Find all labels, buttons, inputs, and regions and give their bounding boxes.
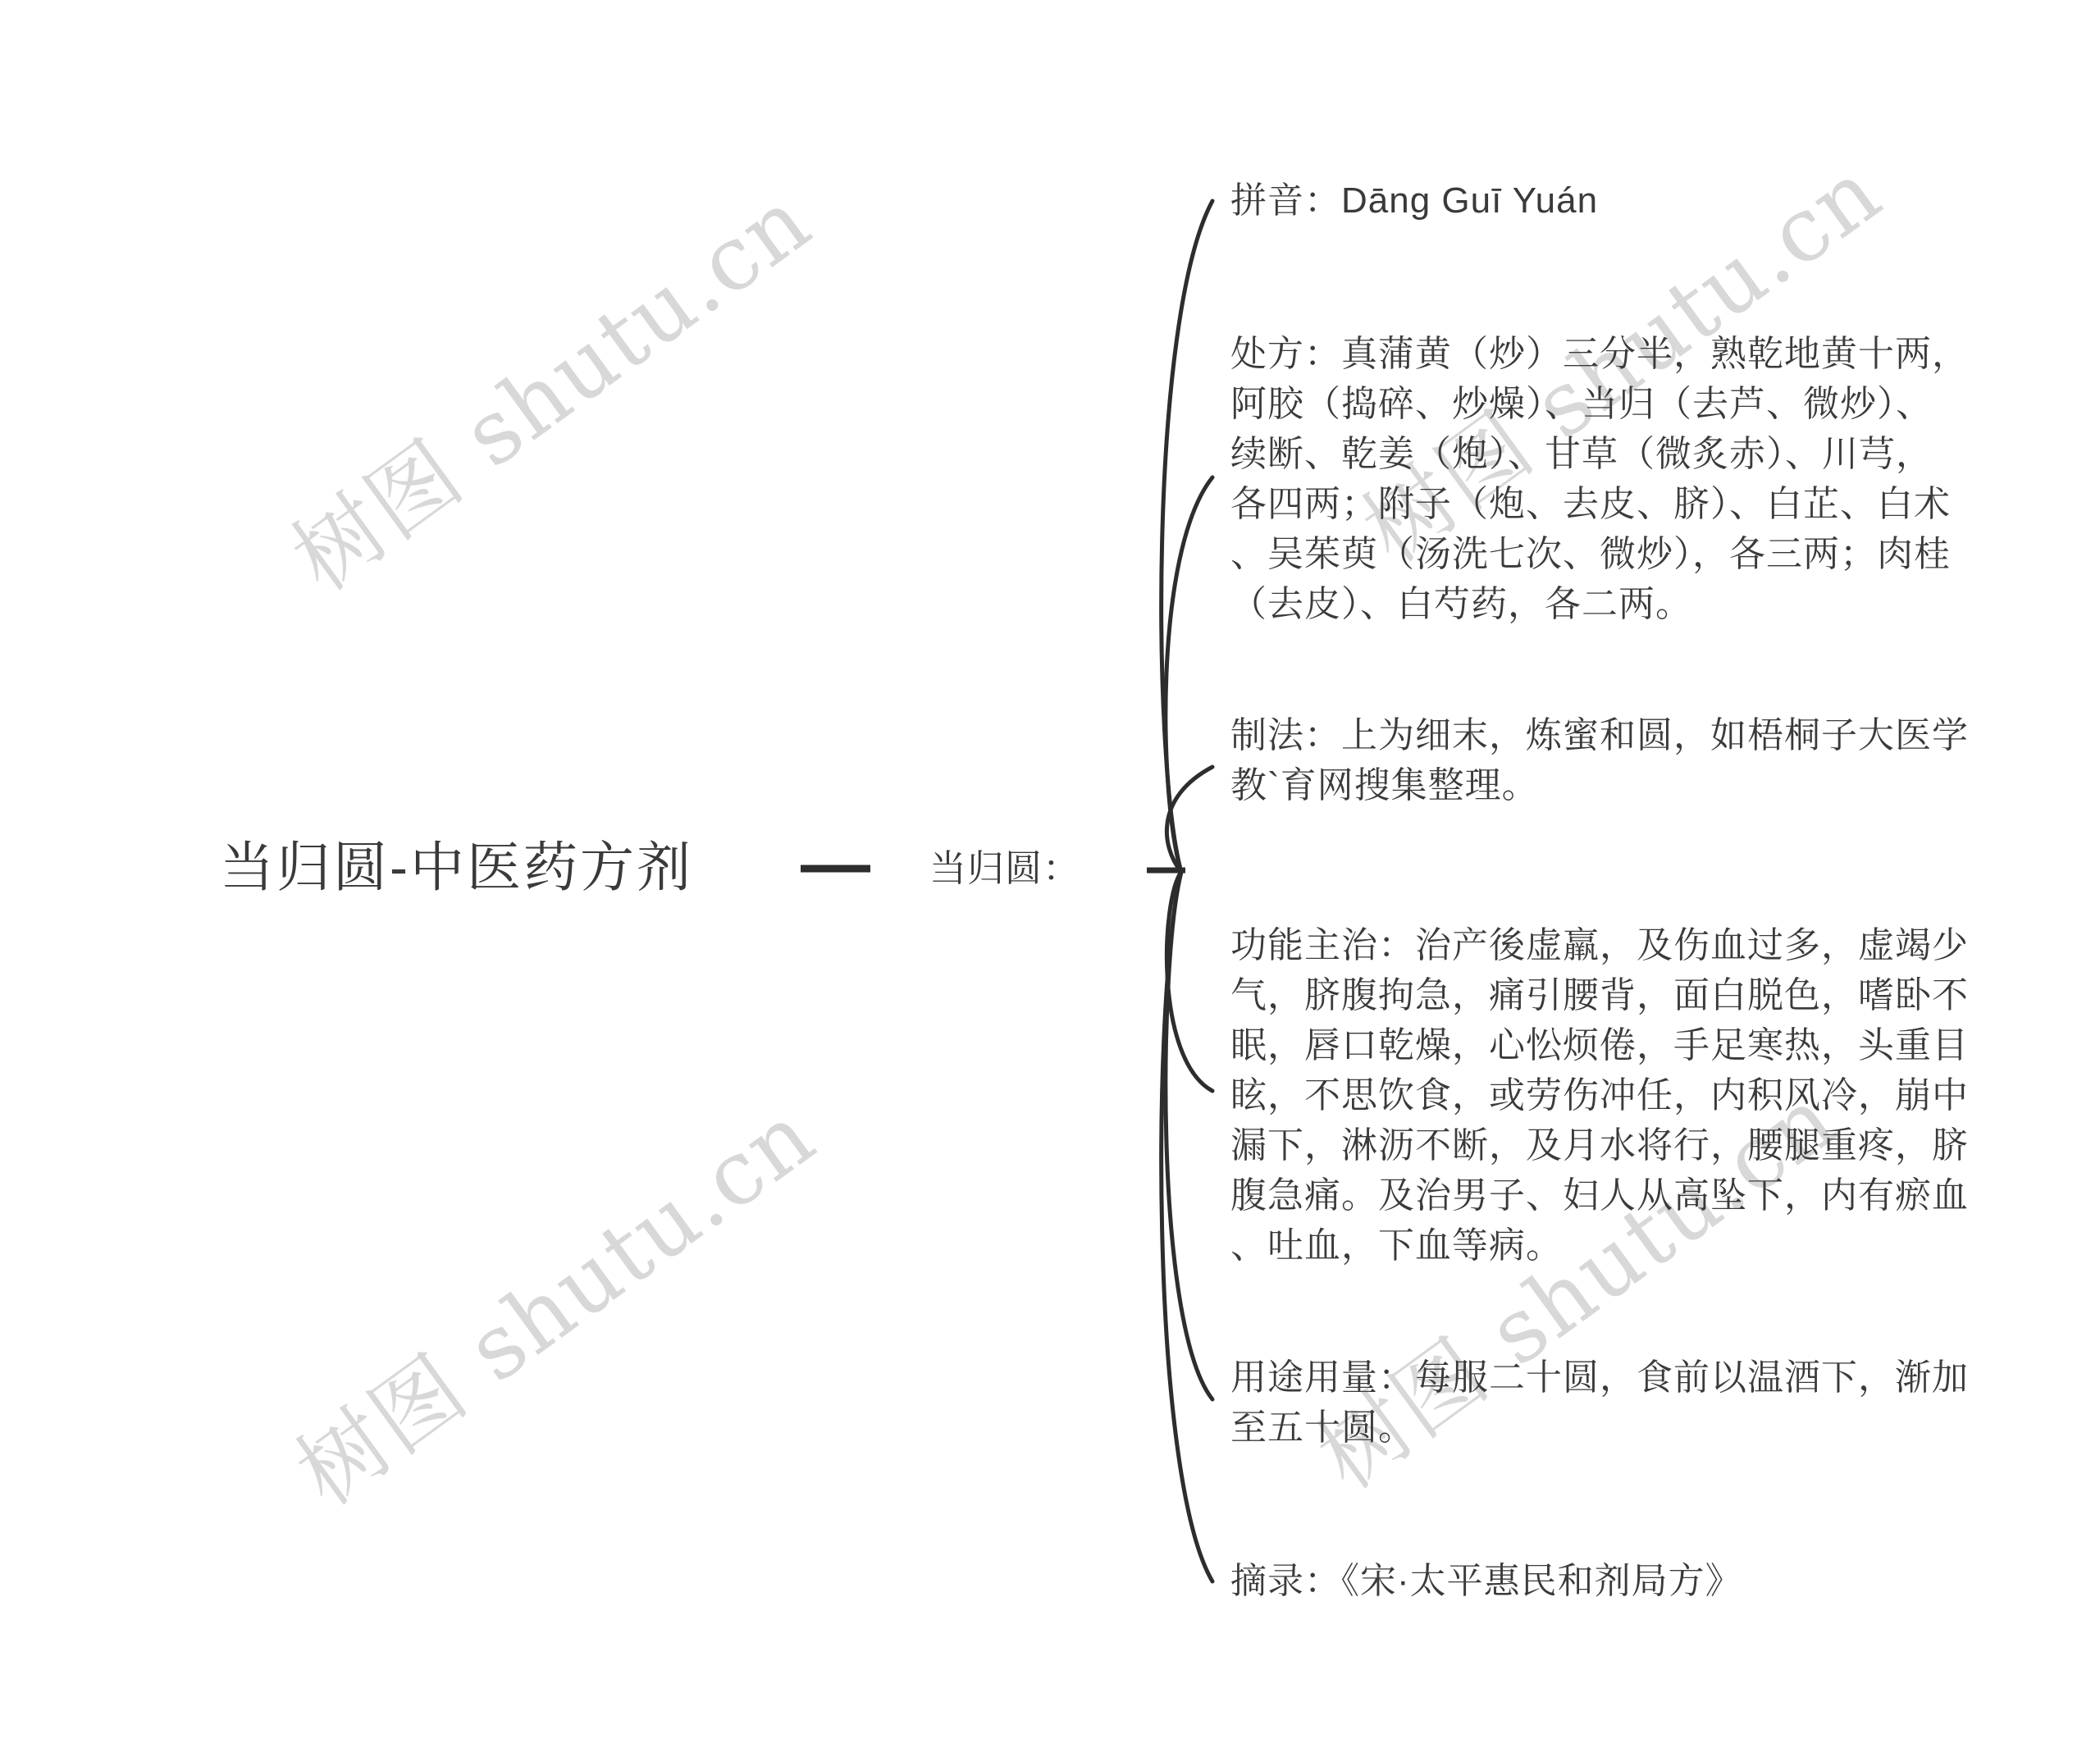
text-line: （去皮）、白芍药，各二两。 — [1230, 579, 1970, 629]
text-line: 眩，不思饮食，或劳伤冲任，内积风冷，崩中 — [1230, 1070, 1970, 1120]
text-line: 摘录：《宋·太平惠民和剂局方》 — [1230, 1556, 1970, 1606]
branch-curve-zhailu — [1162, 872, 1212, 1581]
text-line: 教`育网搜集整理。 — [1230, 760, 1970, 810]
text-line: 眠，唇口乾燥，心忪烦倦，手足寒热，头重目 — [1230, 1020, 1970, 1070]
section-chufang: 处方：真蒲黄（炒）三分半，熟乾地黄十两，阿胶（捣碎、炒燥）、当归（去芦、微炒）、… — [1230, 329, 1970, 629]
text-line: 漏下，淋沥不断，及月水将行，腰腿重疼，脐 — [1230, 1120, 1970, 1170]
text-line: 各四两；附子（炮、去皮、脐）、白芷、白术 — [1230, 479, 1970, 529]
text-line: 制法：上为细末，炼蜜和圆，如梧桐子大医学 — [1230, 710, 1970, 760]
branch-curve-yongtu — [1166, 872, 1212, 1399]
text-line: 处方：真蒲黄（炒）三分半，熟乾地黄十两， — [1230, 329, 1970, 379]
text-line: 气，脐腹拘急，痛引腰背，面白脱色，嗜卧不 — [1230, 970, 1970, 1020]
text-line: 拼音：Dāng Guī Yuán — [1230, 176, 1970, 226]
mindmap-canvas: 树图 shutu.cn 树图 shutu.cn 树图 shutu.cn 树图 s… — [0, 0, 2100, 1743]
section-yongtuyongliang: 用途用量：每服二十圆，食前以温酒下，渐加至五十圆。 — [1230, 1353, 1970, 1453]
root-node: 当归圆： — [929, 846, 1080, 891]
text-line: 功能主治：治产後虚羸，及伤血过多，虚竭少 — [1230, 920, 1970, 970]
text-line: 阿胶（捣碎、炒燥）、当归（去芦、微炒）、 — [1230, 379, 1970, 429]
text-line: 用途用量：每服二十圆，食前以温酒下，渐加 — [1230, 1353, 1970, 1403]
page-title: 当归圆-中医药方剂 — [220, 838, 693, 896]
text-line: 、吴茱萸（汤洗七次、微炒），各三两；肉桂 — [1230, 529, 1970, 579]
text-line: 腹急痛。及治男子、妇人从高坠下，内有瘀血 — [1230, 1170, 1970, 1221]
text-line: 至五十圆。 — [1230, 1403, 1970, 1453]
section-gongnengzhuzhi: 功能主治：治产後虚羸，及伤血过多，虚竭少气，脐腹拘急，痛引腰背，面白脱色，嗜卧不… — [1230, 920, 1970, 1271]
section-zhailu: 摘录：《宋·太平惠民和剂局方》 — [1230, 1556, 1970, 1606]
section-pinyin: 拼音：Dāng Guī Yuán — [1230, 176, 1970, 226]
text-line: 续断、乾姜（炮）、甘草（微炙赤）、川芎， — [1230, 429, 1970, 479]
text-line: 、吐血，下血等病。 — [1230, 1221, 1970, 1271]
section-zhifa: 制法：上为细末，炼蜜和圆，如梧桐子大医学教`育网搜集整理。 — [1230, 710, 1970, 810]
